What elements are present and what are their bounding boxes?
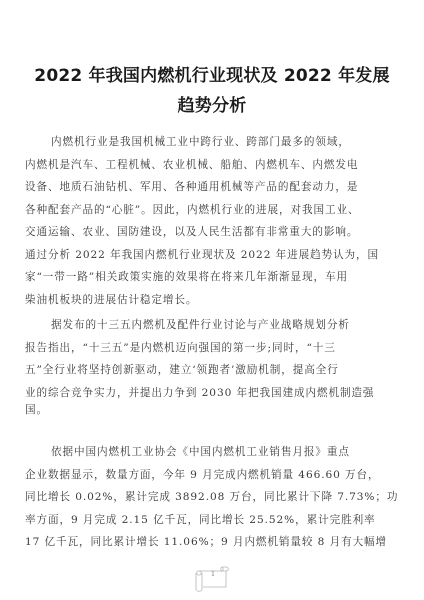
page-number: 1 (193, 570, 233, 578)
text-line: 率方面，9 月完成 2.15 亿千瓦，同比增长 25.52%，累计完胜利率 (25, 513, 319, 527)
text-line: 交通运输、农业、国防建设，以及人民生活都有非常重大的影响。 (25, 225, 319, 239)
text-line: 家“一带一路”相关政策实施的效果将在将来几年渐渐显现，车用 (25, 270, 319, 284)
document-title-line-1: 2022 年我国内燃机行业现状及 2022 年发展 (0, 66, 424, 86)
text-line: 五”全行业将坚持创新驱动，建立‘领跑者’激励机制，提高全行 (25, 363, 319, 377)
text-line: 设备、地质石油钻机、军用、各种通用机械等产品的配套动力，是 (25, 180, 319, 194)
text-line: 业的综合竞争实力，并提出力争到 2030 年把我国建成内燃机制造强 (25, 386, 319, 400)
scroll-icon (193, 563, 233, 593)
text-line: 依据中国内燃机工业协会《中国内燃机工业销售月报》重点 (51, 445, 345, 459)
text-line: 内燃机是汽车、工程机械、农业机械、船舶、内燃机车、内燃发电 (25, 158, 319, 172)
text-line: 各种配套产品的“心脏”。因此，内燃机行业的进展，对我国工业、 (25, 203, 319, 217)
text-line: 内燃机行业是我国机械工业中跨行业、跨部门最多的领域， (51, 135, 345, 149)
page-number-scroll: 1 (193, 563, 233, 593)
text-line: 国。 (25, 403, 319, 417)
text-line: 通过分析 2022 年我国内燃机行业现状及 2022 年进展趋势认为，国 (25, 248, 319, 262)
text-line: 报告指出，“十三五”是内燃机迈向强国的第一步;同时，“十三 (25, 341, 319, 355)
document-page: 2022 年我国内燃机行业现状及 2022 年发展 趋势分析 内燃机行业是我国机… (0, 0, 424, 600)
text-line: 企业数据显示，数量方面，今年 9 月完成内燃机销量 466.60 万台， (25, 468, 319, 482)
document-title-line-2: 趋势分析 (0, 96, 424, 116)
text-line: 17 亿千瓦，同比累计增长 11.06%；9 月内燃机销量较 8 月有大幅增 (25, 535, 319, 549)
text-line: 同比增长 0.02%，累计完成 3892.08 万台，同比累计下降 7.73%；… (25, 490, 319, 504)
text-line: 柴油机板块的进展估计稳定增长。 (25, 293, 319, 307)
text-line: 据发布的十三五内燃机及配件行业讨论与产业战略规划分析 (51, 318, 345, 332)
